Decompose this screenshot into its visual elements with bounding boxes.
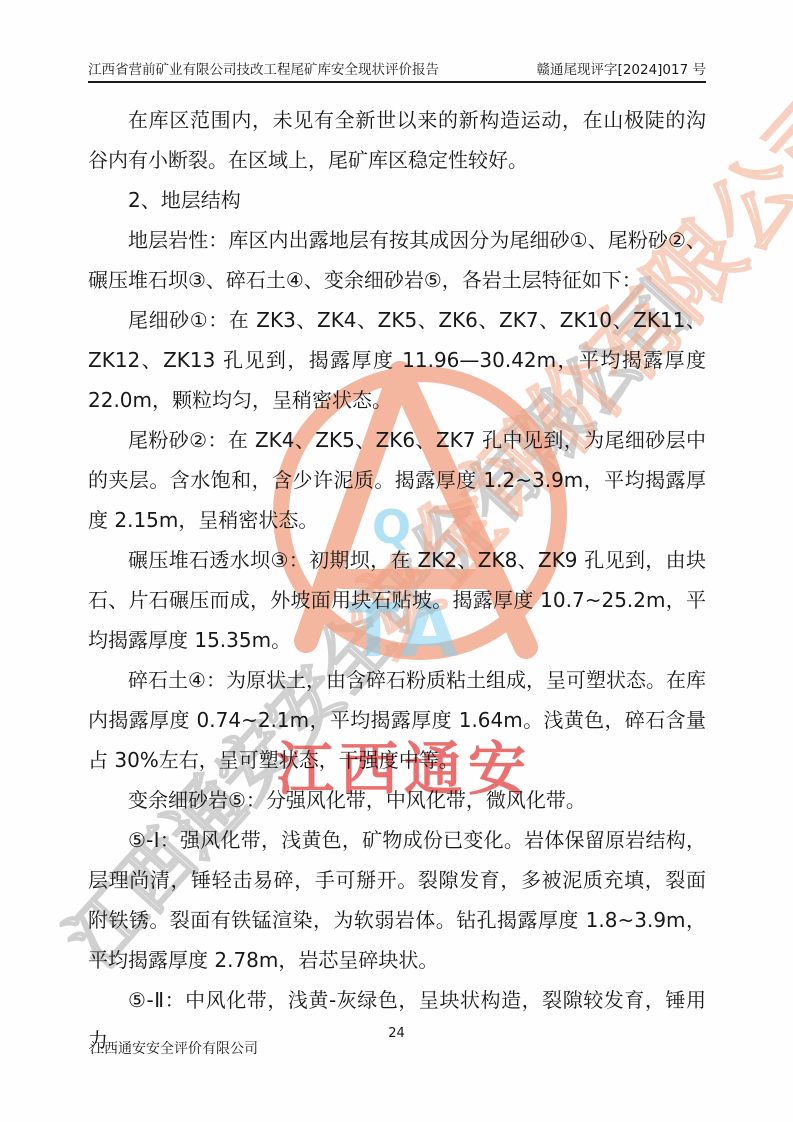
header-report-title: 江西省营前矿业有限公司技改工程尾矿库安全现状评价报告 — [88, 58, 439, 78]
body-paragraph: 尾粉砂②：在 ZK4、ZK5、ZK6、ZK7 孔中见到，为尾细砂层中的夹层。含水… — [88, 420, 706, 540]
footer-company-name: 江西通安安全评价有限公司 — [90, 1038, 258, 1058]
body-paragraph: 碎石土④：为原状土，由含碎石粉质粘土组成，呈可塑状态。在库内揭露厚度 0.74~… — [88, 660, 706, 780]
body-paragraph: 碾压堆石透水坝③：初期坝，在 ZK2、ZK8、ZK9 孔见到，由块石、片石碾压而… — [88, 540, 706, 660]
page-header: 江西省营前矿业有限公司技改工程尾矿库安全现状评价报告 赣通尾现评字[2024]0… — [88, 58, 706, 78]
header-divider — [88, 81, 706, 83]
header-doc-number: 赣通尾现评字[2024]017 号 — [537, 58, 706, 78]
body-paragraph: ⑤-Ⅰ：强风化带，浅黄色，矿物成份已变化。岩体保留原岩结构，层理尚清，锤轻击易碎… — [88, 820, 706, 980]
body-paragraph: 在库区范围内，未见有全新世以来的新构造运动，在山极陡的沟谷内有小断裂。在区域上，… — [88, 100, 706, 180]
section-heading: 2、地层结构 — [88, 180, 706, 220]
document-page: 江西通安安全评价有限公司 安全评价有限公司 Q TA 江西通安 江西省营前矿业有… — [0, 0, 793, 1122]
body-paragraph: 变余细砂岩⑤：分强风化带，中风化带，微风化带。 — [88, 780, 706, 820]
document-body: 在库区范围内，未见有全新世以来的新构造运动，在山极陡的沟谷内有小断裂。在区域上，… — [88, 100, 706, 1060]
page-content: 江西省营前矿业有限公司技改工程尾矿库安全现状评价报告 赣通尾现评字[2024]0… — [0, 0, 793, 1122]
body-paragraph: 地层岩性：库区内出露地层有按其成因分为尾细砂①、尾粉砂②、碾压堆石坝③、碎石土④… — [88, 220, 706, 300]
body-paragraph: 尾细砂①：在 ZK3、ZK4、ZK5、ZK6、ZK7、ZK10、ZK11、ZK1… — [88, 300, 706, 420]
